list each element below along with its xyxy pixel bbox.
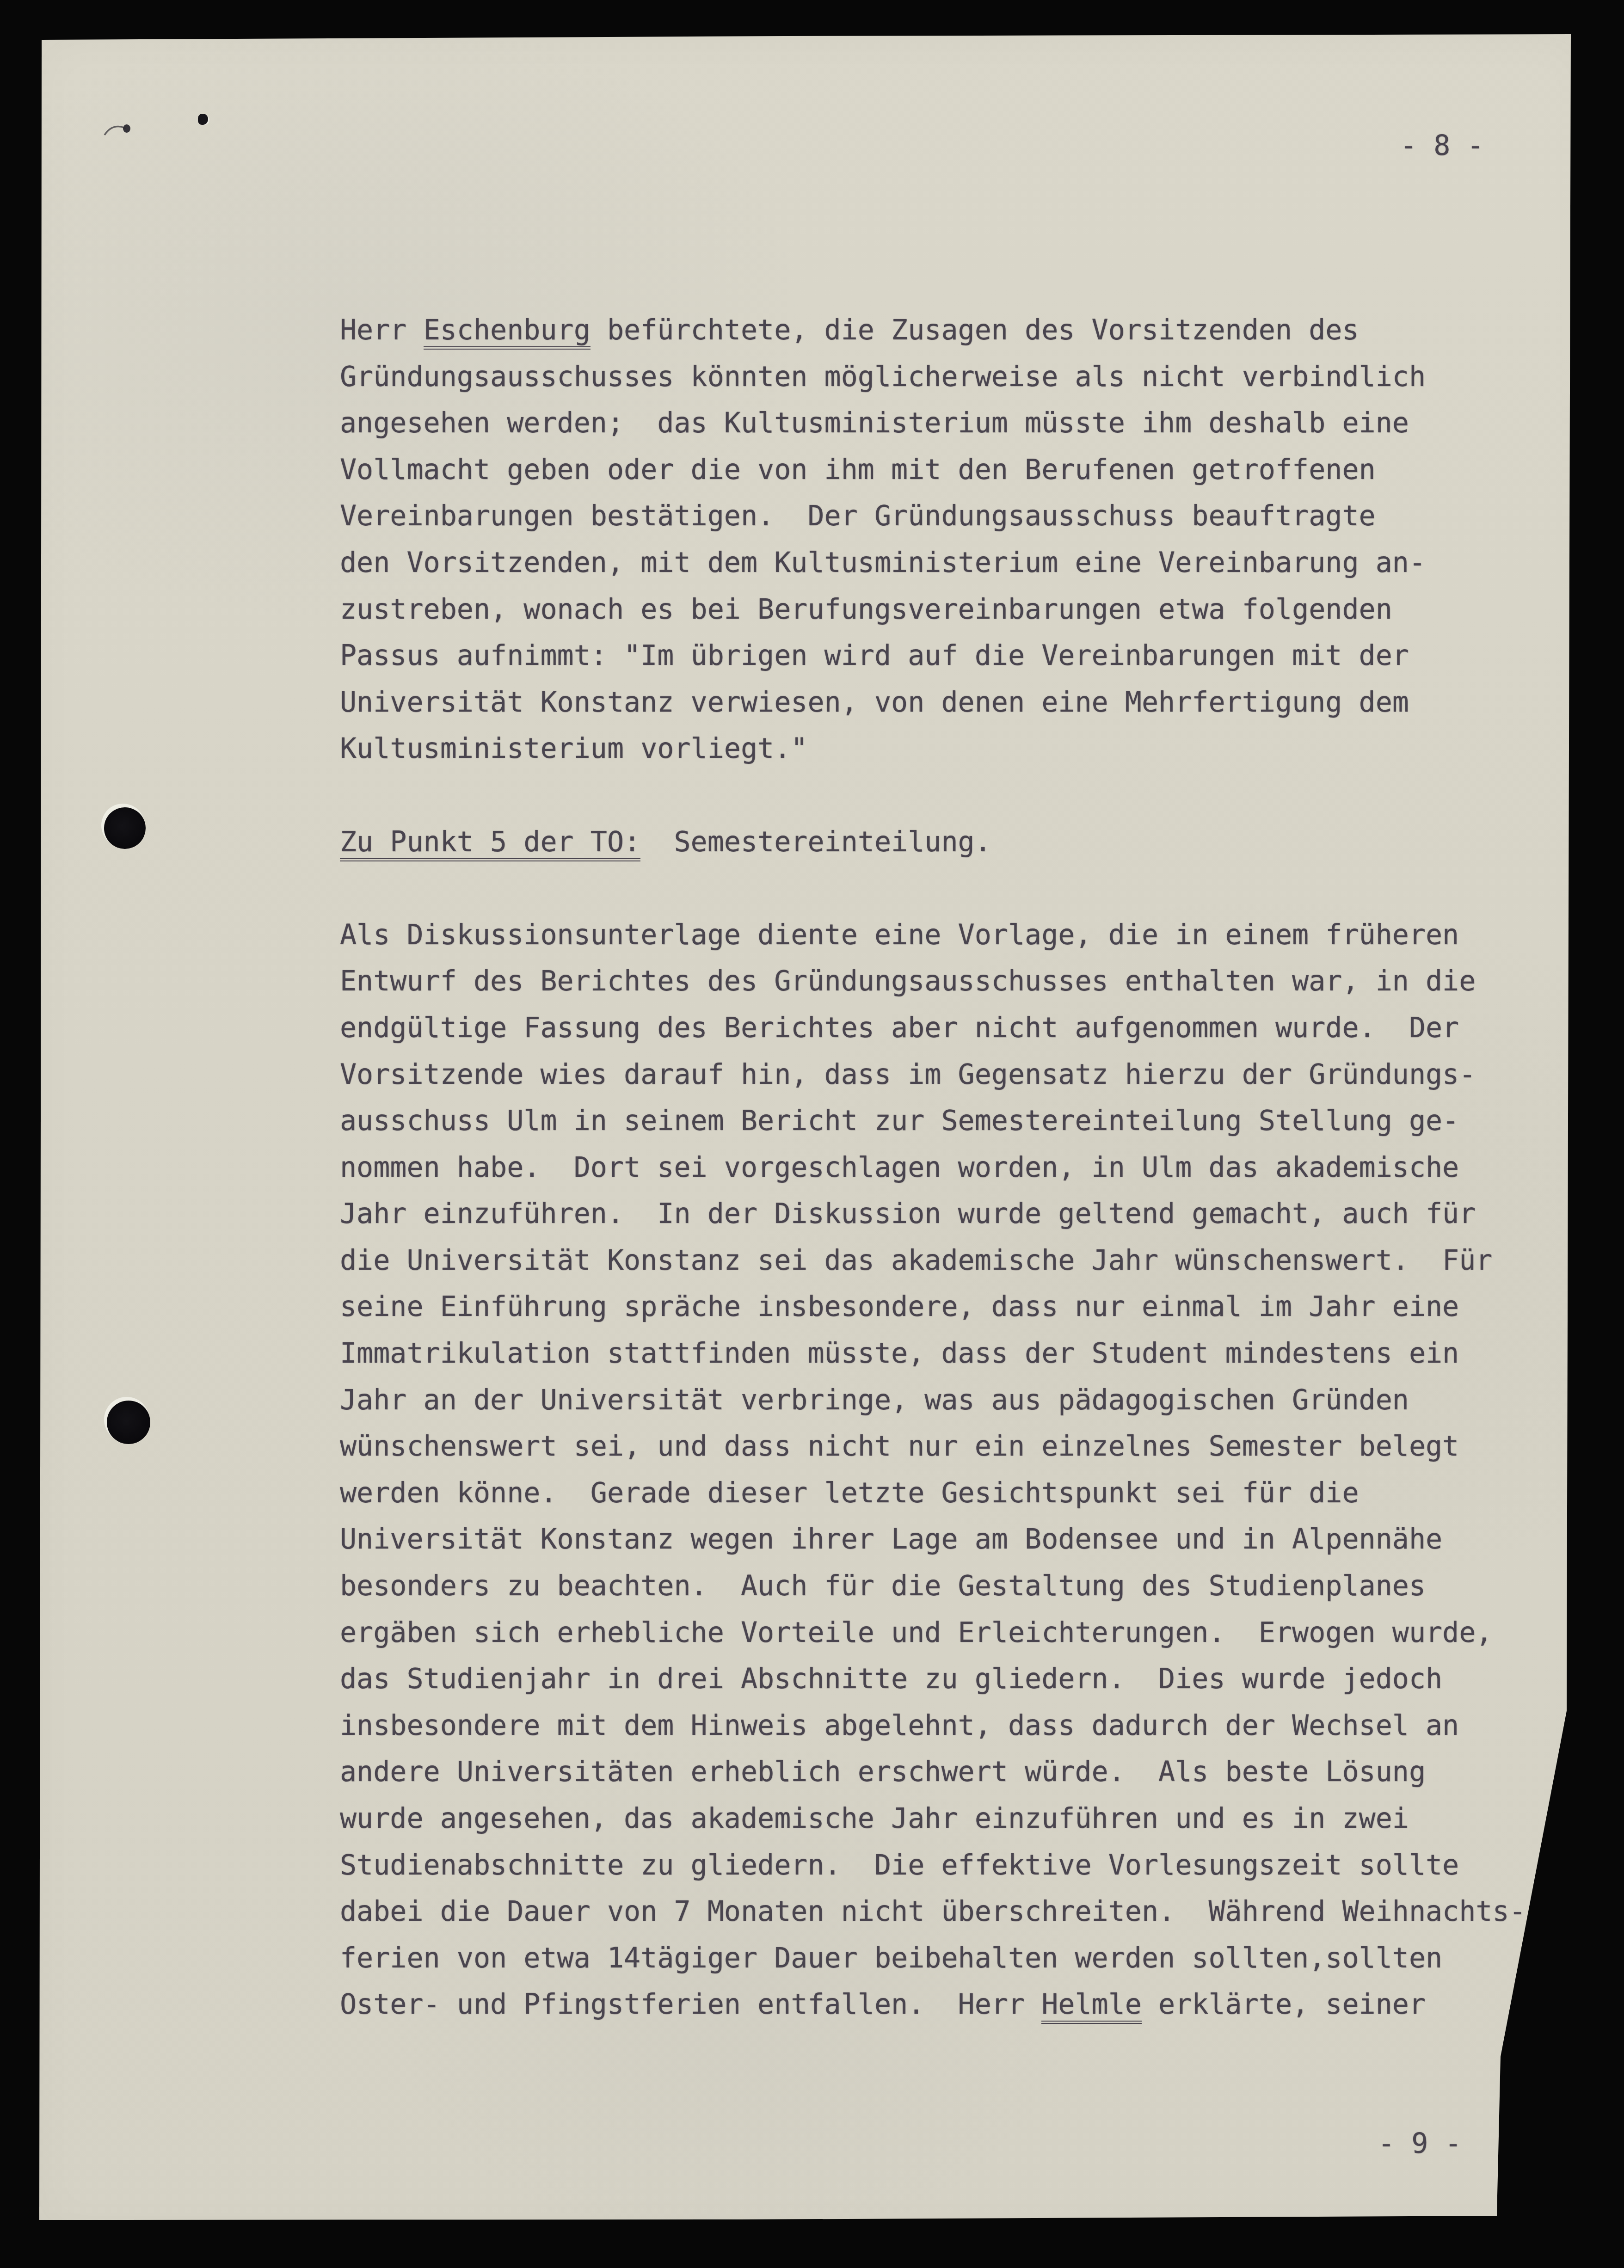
- hole-punch-icon: [107, 1401, 150, 1444]
- text-segment: erklärte, seiner: [1142, 1988, 1426, 2021]
- text-segment: Vereinbarungen bestätigen. Der Gründungs…: [340, 500, 1376, 532]
- text-segment: die Universität Konstanz sei das akademi…: [340, 1244, 1493, 1277]
- text-segment: das Studienjahr in drei Abschnitte zu gl…: [340, 1663, 1442, 1695]
- text-segment: Universität Konstanz verwiesen, von dene…: [340, 686, 1409, 719]
- text-line: die Universität Konstanz sei das akademi…: [340, 1237, 1526, 1284]
- text-line: Passus aufnimmt: "Im übrigen wird auf di…: [340, 633, 1526, 679]
- text-line: Vereinbarungen bestätigen. Der Gründungs…: [340, 493, 1526, 540]
- text-line: wurde angesehen, das akademische Jahr ei…: [340, 1795, 1526, 1842]
- text-segment: Jahr einzuführen. In der Diskussion wurd…: [340, 1198, 1476, 1230]
- hole-punch-icon: [104, 807, 146, 849]
- text-segment: insbesondere mit dem Hinweis abgelehnt, …: [340, 1709, 1459, 1742]
- scan-canvas: - 8 - Herr Eschenburg befürchtete, die Z…: [0, 0, 1624, 2268]
- text-segment: ferien von etwa 14tägiger Dauer beibehal…: [340, 1942, 1442, 1974]
- text-segment: endgültige Fassung des Berichtes aber ni…: [340, 1012, 1459, 1044]
- text-line: Zu Punkt 5 der TO: Semestereinteilung.: [340, 819, 1526, 866]
- text-line: Immatrikulation stattfinden müsste, dass…: [340, 1330, 1526, 1377]
- text-segment: wurde angesehen, das akademische Jahr ei…: [340, 1802, 1409, 1835]
- typewritten-text: Herr Eschenburg befürchtete, die Zusagen…: [340, 307, 1526, 2028]
- page-number-bottom: - 9 -: [1378, 2130, 1462, 2157]
- text-segment: Vorsitzende wies darauf hin, dass im Geg…: [340, 1058, 1476, 1091]
- text-line: zustreben, wonach es bei Berufungsverein…: [340, 586, 1526, 633]
- text-line: ferien von etwa 14tägiger Dauer beibehal…: [340, 1935, 1526, 1982]
- ink-dot-icon: [198, 114, 208, 125]
- text-line: Entwurf des Berichtes des Gründungsaussc…: [340, 958, 1526, 1005]
- text-line: das Studienjahr in drei Abschnitte zu gl…: [340, 1656, 1526, 1703]
- text-line: wünschenswert sei, und dass nicht nur ei…: [340, 1423, 1526, 1470]
- text-line: Studienabschnitte zu gliedern. Die effek…: [340, 1842, 1526, 1889]
- text-segment: Als Diskussionsunterlage diente eine Vor…: [340, 919, 1459, 951]
- underlined-text: Helmle: [1041, 1988, 1142, 2024]
- text-line: ausschuss Ulm in seinem Bericht zur Seme…: [340, 1098, 1526, 1144]
- page-number-top: - 8 -: [1400, 132, 1484, 160]
- text-line: Gründungsausschusses könnten möglicherwe…: [340, 354, 1526, 400]
- text-line: andere Universitäten erheblich erschwert…: [340, 1749, 1526, 1795]
- pencil-mark-icon: [103, 119, 136, 141]
- text-line: Universität Konstanz wegen ihrer Lage am…: [340, 1516, 1526, 1563]
- text-segment: wünschenswert sei, und dass nicht nur ei…: [340, 1430, 1459, 1463]
- text-line: werden könne. Gerade dieser letzte Gesic…: [340, 1470, 1526, 1517]
- text-line: nommen habe. Dort sei vorgeschlagen word…: [340, 1144, 1526, 1191]
- underlined-text: Zu Punkt 5 der TO:: [340, 826, 640, 861]
- text-segment: dabei die Dauer von 7 Monaten nicht über…: [340, 1895, 1526, 1928]
- text-line: Jahr einzuführen. In der Diskussion wurd…: [340, 1191, 1526, 1237]
- text-segment: andere Universitäten erheblich erschwert…: [340, 1756, 1426, 1788]
- underlined-text: Eschenburg: [424, 314, 591, 350]
- text-segment: Vollmacht geben oder die von ihm mit den…: [340, 454, 1376, 486]
- text-line: endgültige Fassung des Berichtes aber ni…: [340, 1005, 1526, 1051]
- blank-line: [340, 865, 1526, 912]
- text-segment: Studienabschnitte zu gliedern. Die effek…: [340, 1849, 1459, 1881]
- text-segment: Immatrikulation stattfinden müsste, dass…: [340, 1337, 1459, 1370]
- scanned-page: - 8 - Herr Eschenburg befürchtete, die Z…: [0, 0, 1624, 2268]
- text-segment: Passus aufnimmt: "Im übrigen wird auf di…: [340, 639, 1409, 672]
- text-line: Als Diskussionsunterlage diente eine Vor…: [340, 912, 1526, 959]
- text-segment: werden könne. Gerade dieser letzte Gesic…: [340, 1477, 1359, 1509]
- text-segment: ergäben sich erhebliche Vorteile und Erl…: [340, 1616, 1493, 1649]
- text-line: Vollmacht geben oder die von ihm mit den…: [340, 447, 1526, 493]
- text-line: den Vorsitzenden, mit dem Kultusminister…: [340, 540, 1526, 586]
- text-segment: Gründungsausschusses könnten möglicherwe…: [340, 361, 1426, 393]
- text-segment: angesehen werden; das Kultusministerium …: [340, 407, 1409, 439]
- text-segment: Entwurf des Berichtes des Gründungsaussc…: [340, 965, 1476, 997]
- text-line: angesehen werden; das Kultusministerium …: [340, 400, 1526, 447]
- text-segment: Universität Konstanz wegen ihrer Lage am…: [340, 1523, 1442, 1555]
- text-segment: Herr: [340, 314, 424, 346]
- text-line: Herr Eschenburg befürchtete, die Zusagen…: [340, 307, 1526, 354]
- text-line: Kultusministerium vorliegt.": [340, 725, 1526, 772]
- text-segment: seine Einführung spräche insbesondere, d…: [340, 1291, 1459, 1323]
- text-segment: nommen habe. Dort sei vorgeschlagen word…: [340, 1151, 1459, 1184]
- text-segment: befürchtete, die Zusagen des Vorsitzende…: [591, 314, 1359, 346]
- text-line: Universität Konstanz verwiesen, von dene…: [340, 679, 1526, 726]
- text-segment: Kultusministerium vorliegt.": [340, 732, 807, 765]
- text-line: dabei die Dauer von 7 Monaten nicht über…: [340, 1888, 1526, 1935]
- text-segment: Oster- und Pfingstferien entfallen. Herr: [340, 1988, 1041, 2021]
- text-segment: Jahr an der Universität verbringe, was a…: [340, 1384, 1409, 1416]
- text-line: insbesondere mit dem Hinweis abgelehnt, …: [340, 1703, 1526, 1749]
- text-segment: ausschuss Ulm in seinem Bericht zur Seme…: [340, 1105, 1459, 1137]
- text-segment: den Vorsitzenden, mit dem Kultusminister…: [340, 547, 1426, 579]
- text-segment: besonders zu beachten. Auch für die Gest…: [340, 1570, 1426, 1602]
- text-segment: Semestereinteilung.: [640, 826, 991, 858]
- text-line: ergäben sich erhebliche Vorteile und Erl…: [340, 1610, 1526, 1656]
- text-line: besonders zu beachten. Auch für die Gest…: [340, 1563, 1526, 1610]
- blank-line: [340, 772, 1526, 819]
- text-line: Vorsitzende wies darauf hin, dass im Geg…: [340, 1051, 1526, 1098]
- text-line: Jahr an der Universität verbringe, was a…: [340, 1377, 1526, 1424]
- text-line: Oster- und Pfingstferien entfallen. Herr…: [340, 1981, 1526, 2028]
- text-segment: zustreben, wonach es bei Berufungsverein…: [340, 593, 1392, 626]
- text-line: seine Einführung spräche insbesondere, d…: [340, 1284, 1526, 1330]
